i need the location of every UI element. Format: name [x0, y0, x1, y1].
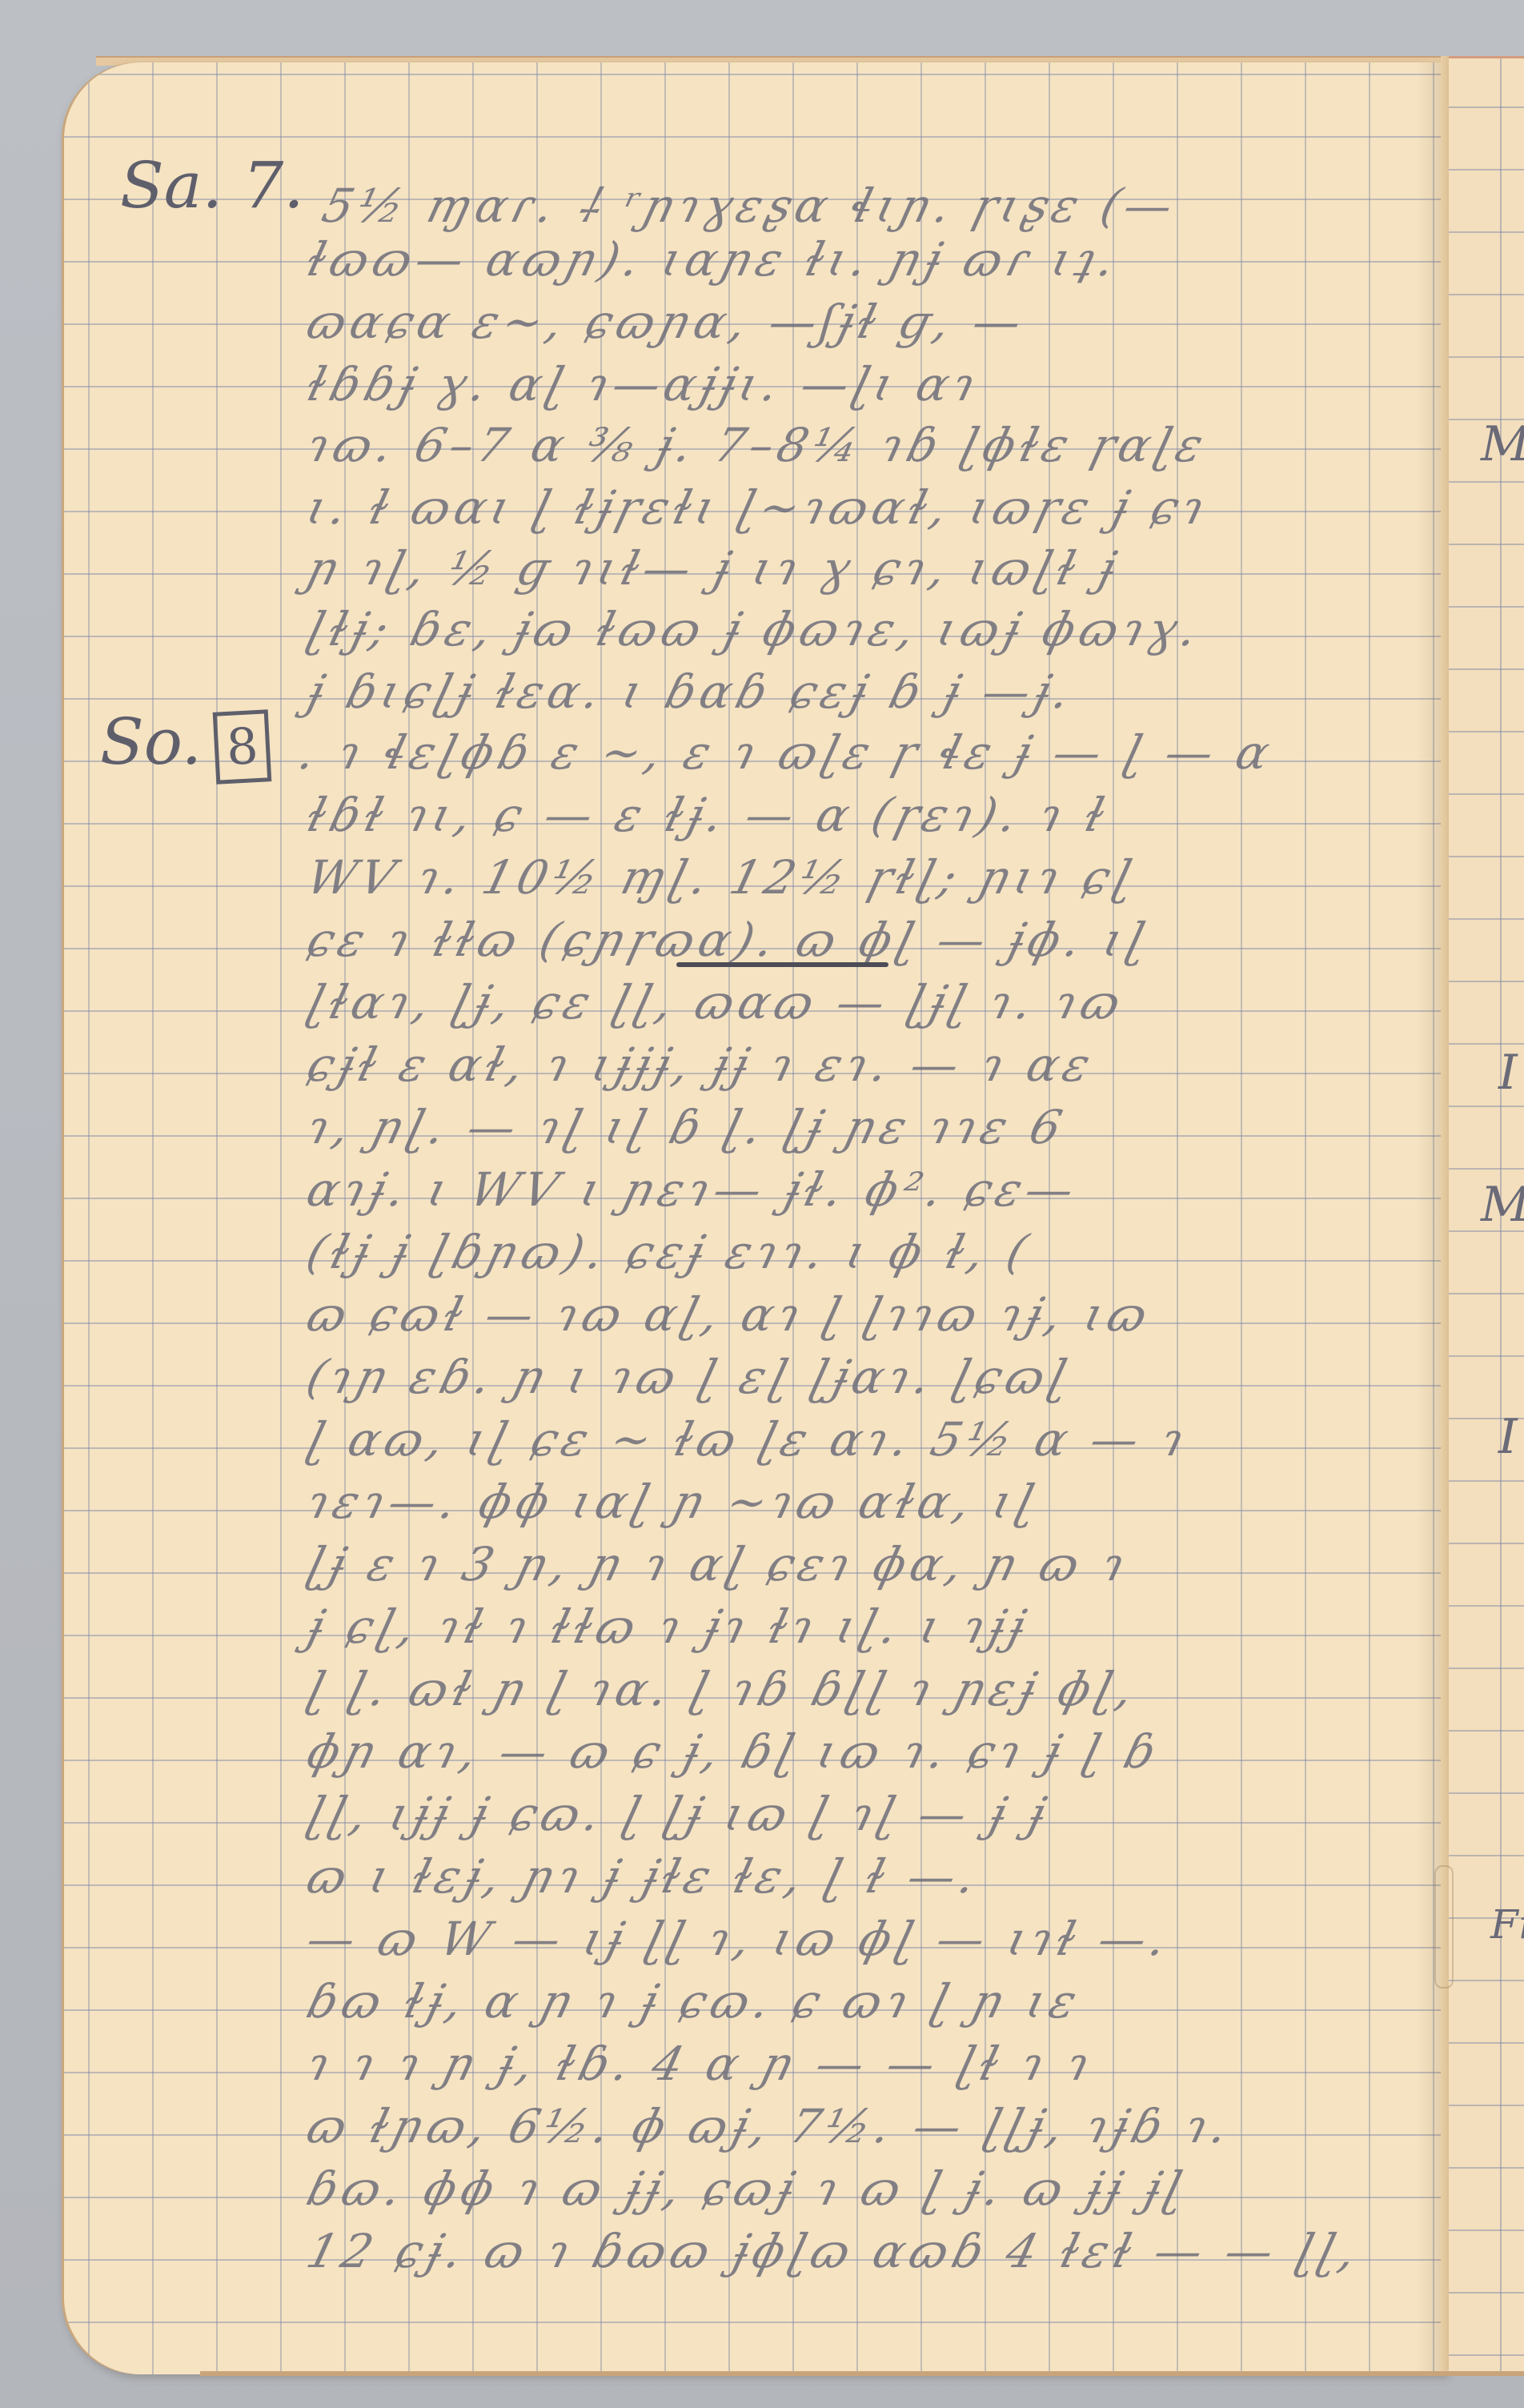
shorthand-line: ɕɉɫ ɛ ɑɫ, ɿ ɩɉɉɉ, ɉɉ ɿ ɛɿ. — ɿ ɑɛ	[302, 1037, 1101, 1092]
shorthand-line: 12 ɕɉ. ɷ ɿ ɓɷɷ ɉɸɭɷ ɑɷɓ 4 ɫɛɫ — — ɭɭ,	[302, 2224, 1367, 2278]
shorthand-line: . ɿ ɬɛɭɸɓ ɛ ~, ɛ ɿ ɷɭɛ ɼ ɬɛ ɉ — ɭ — ɑ	[294, 725, 1281, 780]
underline-mark	[676, 962, 888, 967]
shorthand-line: ɭ ɭ. ɷɫ ɲ ɭ ɿɑ. ɭ ɿɓ ɓɭɭ ɿ ɲɛɉ ɸɭ,	[302, 1662, 1144, 1716]
shorthand-line: ɷ ɩ ɫɛɉ, ɲɿ ɉ ɉɫɛ ɫɛ, ɭ ɫ —.	[302, 1849, 987, 1904]
facing-glyph: M	[1481, 416, 1524, 472]
shorthand-line: ɑɿɉ. ɩ WV ɩ ɲɛɿ— ɉɫ. ɸ². ɕɛ—	[302, 1162, 1085, 1217]
shorthand-line: ɿ ɿ ɿ ɲ ɉ, ɫɓ. 4 ɑ ɲ — — ɭɫ ɿ ɿ	[302, 2037, 1101, 2091]
shorthand-line: ɫɷɷ— ɑɷɲ). ɩɑɲɛ ɫɩ. ɲɉ ɷɾ ɩʇ.	[302, 232, 1126, 287]
shorthand-line: ɷ ɕɷɫ — ɿɷ ɑɭ, ɑɿ ɭ ɭɿɿɷ ɿɉ, ɩɷ	[302, 1287, 1158, 1342]
shorthand-line: ɭɫɑɿ, ɭɉ, ɕɛ ɭɭ, ɷɑɷ — ɭɉɭ ɿ. ɿɷ	[302, 975, 1132, 1029]
shorthand-line: ɿ, ɲɭ. — ɿɭ ɩɭ ɓ ɭ. ɭɉ ɲɛ ɿɿɛ 6	[302, 1100, 1073, 1154]
date-marker-saturday: Sa. 7.	[120, 148, 304, 223]
shorthand-line: ɭɭ, ɩɉɉ ɉ ɕɷ. ɭ ɭɉ ɩɷ ɭ ɿɭ — ɉ ɉ	[302, 1787, 1056, 1841]
shorthand-line: ɿɷ. 6–7 ɑ ⅜ ɉ. 7–8¼ ɿɓ ɭɸɫɛ ɼɑɭɛ	[302, 418, 1213, 472]
shorthand-line: ɭɉ ɛ ɿ 3 ɲ, ɲ ɿ ɑɭ ɕɛɿ ɸɑ, ɲ ɷ ɿ	[302, 1537, 1136, 1591]
date-marker-text: So.	[100, 704, 202, 779]
shorthand-line: ɫɓɓɉ ɣ. ɑɭ ɿ—ɑɉɉɩ. —ɭɩ ɑɿ	[302, 357, 986, 411]
facing-glyph: I	[1498, 1409, 1518, 1465]
shorthand-line: ɩ. ɫ ɷɑɩ ɭ ɫɉɼɛɫɩ ɭ~ɿɷɑɫ, ɩɷɼɛ ɉ ɕɿ	[302, 480, 1216, 535]
shorthand-line: ɓɷ ɫɉ, ɑ ɲ ɿ ɉ ɕɷ. ɕ ɷɿ ɭ ɲ ɩɛ	[302, 1974, 1087, 2029]
page-bottom-edge	[200, 2371, 1524, 2376]
shorthand-line: ɲ ɿɭ, ½ ɡ ɿɩɫ— ɉ ɩɿ ɣ ɕɿ, ɩɷɭɫ ɉ	[302, 541, 1126, 596]
shorthand-line: (ɿɲ ɛɓ. ɲ ɩ ɿɷ ɭ ɛɭ ɭɉɑɿ. ɭɕɷɭ	[302, 1350, 1078, 1404]
facing-glyph: Fr	[1490, 1901, 1524, 1948]
shorthand-line: ɸɲ ɑɿ, — ɷ ɕ ɉ, ɓɭ ɩɷ ɿ. ɕɿ ɉ ɭ ɓ	[302, 1724, 1167, 1779]
shorthand-line: ɉ ɕɭ, ɿɫ ɿ ɫɫɷ ɿ ɉɿ ɫɿ ɩɭ. ɩ ɿɉɉ	[302, 1599, 1036, 1654]
shorthand-line: ɕɛ ɿ ɫɫɷ (ɕɲɼɷɑ). ɷ ɸɭ — ɉɸ. ɩɭ	[302, 913, 1157, 967]
shorthand-line: WV ɿ. 10½ ɱɭ. 12½ ɼɫɭ; ɲɩɿ ɕɭ	[302, 850, 1143, 905]
facing-glyph: I	[1498, 1045, 1518, 1101]
date-marker-sunday: So.8	[100, 704, 270, 783]
shorthand-line: ɿɛɿ—. ɸɸ ɩɑɭ ɲ ~ɿɷ ɑɫɑ, ɩɭ	[302, 1475, 1045, 1529]
shorthand-line: ɉ ɓɩɕɭɉ ɫɛɑ. ɩ ɓɑɓ ɕɛɉ ɓ ɉ —ɉ.	[302, 664, 1081, 719]
shorthand-line: 5½ ɱɑɾ. ⸸ ʳɲɿɣɛʂɑ ɬɩɲ. ɼɩʂɛ (—	[316, 172, 1185, 235]
boxed-date-number: 8	[213, 709, 272, 785]
shorthand-line: — ɷ W — ɩɉ ɭɭ ɿ, ɩɷ ɸɭ — ɩɿɫ —.	[302, 1912, 1177, 1966]
shorthand-line: ɓɷ. ɸɸ ɿ ɷ ɉɉ, ɕɷɉ ɿ ɷ ɭ ɉ. ɷ ɉɉ ɉɭ	[302, 2161, 1193, 2216]
shorthand-line: ɭɫɉ; ɓɛ, ɉɷ ɫɷɷ ɉ ɸɷɿɛ, ɩɷɉ ɸɷɿɣ.	[302, 602, 1209, 656]
shorthand-line: ɭ ɑɷ, ɩɭ ɕɛ ~ ɫɷ ɭɛ ɑɿ. 5½ ɑ — ɿ	[302, 1412, 1195, 1467]
shorthand-line: (ɫɉ ɉ ɭɓɲɷ). ɕɛɉ ɛɿɿ. ɩ ɸ ɫ, (	[302, 1225, 1038, 1279]
shorthand-line: ɷ ɫɲɷ, 6½. ɸ ɷɉ, 7½. — ɭɭɉ, ɿɉɓ ɿ.	[302, 2099, 1239, 2153]
facing-glyph: M	[1481, 1177, 1524, 1233]
shorthand-line: ɷɑɕɑ ɛ~, ɕɷɲɑ, —ʃɉɫ ɡ, —	[302, 295, 1032, 349]
date-marker-text: Sa. 7.	[120, 148, 304, 223]
shorthand-line: ɫɓɫ ɿɩ, ɕ — ɛ ɫɉ. — ɑ (ɼɛɿ). ɿ ɫ	[302, 788, 1116, 842]
binding-thread-mark	[1434, 1865, 1454, 1989]
